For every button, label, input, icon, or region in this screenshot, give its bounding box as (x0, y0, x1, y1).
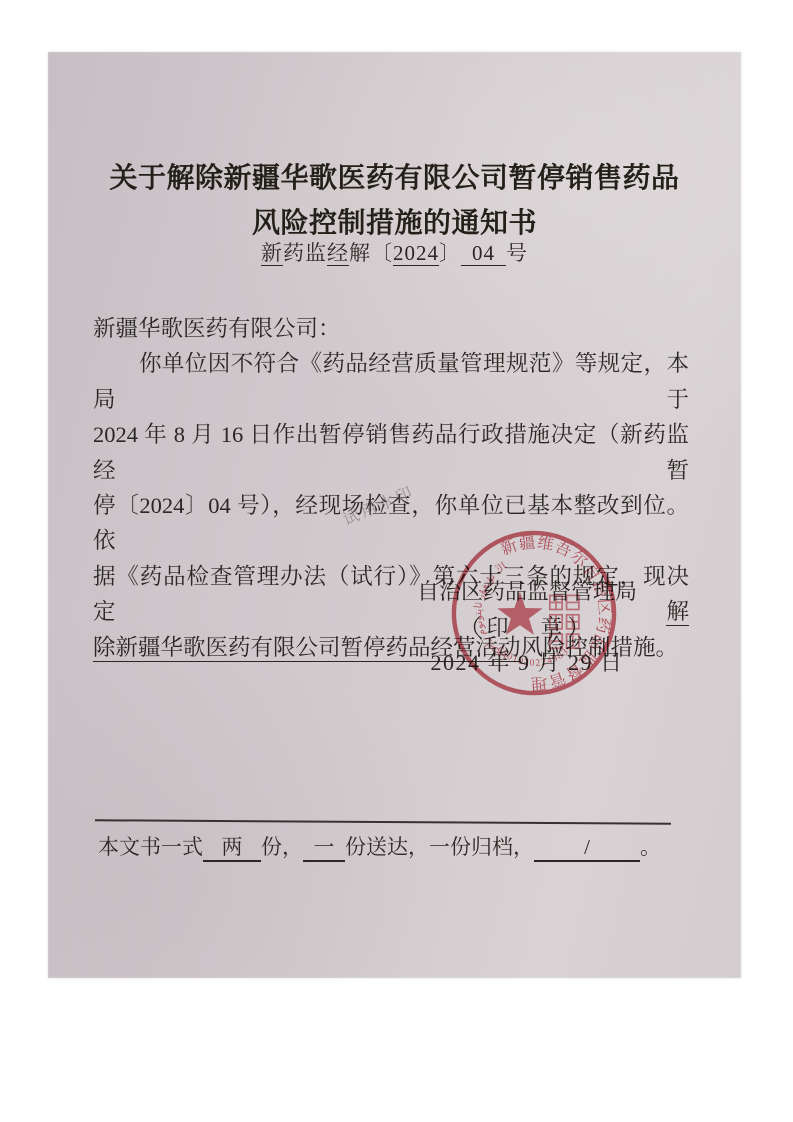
footer-text: 份送达，一份归档， (345, 835, 534, 859)
scanned-notice-page: 关于解除新疆华歌医药有限公司暂停销售药品 风险控制措施的通知书 新药监经解〔20… (0, 0, 793, 1122)
footer-text: 本文书一式 (98, 835, 203, 859)
doc-number-seg: 解〔 (349, 241, 393, 265)
body-line: 你单位因不符合《药品经营质量管理规范》等规定，本局于 (93, 346, 689, 417)
doc-number-year: 2024 (393, 241, 439, 266)
extra-note-blank: / (534, 834, 640, 862)
footer-divider-line (95, 819, 671, 825)
doc-number-seg: 号 (506, 241, 528, 265)
doc-number-seg: 〕 (439, 241, 461, 265)
delivered-count-blank: 一 (303, 834, 345, 862)
distribution-note: 本文书一式两份，一份送达，一份归档，/。 (98, 831, 698, 863)
star-icon (497, 592, 542, 635)
title-line-1: 关于解除新疆华歌医药有限公司暂停销售药品 (48, 156, 741, 201)
doc-number-seg: 药监 (283, 241, 327, 265)
paper-sheet: 关于解除新疆华歌医药有限公司暂停销售药品 风险控制措施的通知书 新药监经解〔20… (48, 52, 741, 978)
doc-number-seg: 新 (261, 241, 283, 266)
footer-text: 份， (261, 835, 303, 859)
doc-number-seg: 经 (327, 241, 349, 266)
doc-number: 新药监经解〔2024〕04号 (48, 238, 741, 268)
underlined-decision-text: 解 (666, 599, 689, 626)
doc-number-serial: 04 (461, 241, 506, 266)
official-seal-stamp: 新疆维吾尔自治区药品监督管理局 شىنجاڭ ئۇيغۇر ئاپتونوم ر… (446, 525, 622, 701)
addressee-line: 新疆华歌医药有限公司： (93, 311, 689, 346)
seal-script-block (550, 595, 579, 648)
footer-text: 。 (640, 835, 661, 859)
copies-count-blank: 两 (203, 834, 261, 862)
body-line: 2024 年 8 月 16 日作出暂停销售药品行政措施决定（新药监经暂 (93, 417, 689, 488)
page-title: 关于解除新疆华歌医药有限公司暂停销售药品 风险控制措施的通知书 (48, 156, 741, 246)
